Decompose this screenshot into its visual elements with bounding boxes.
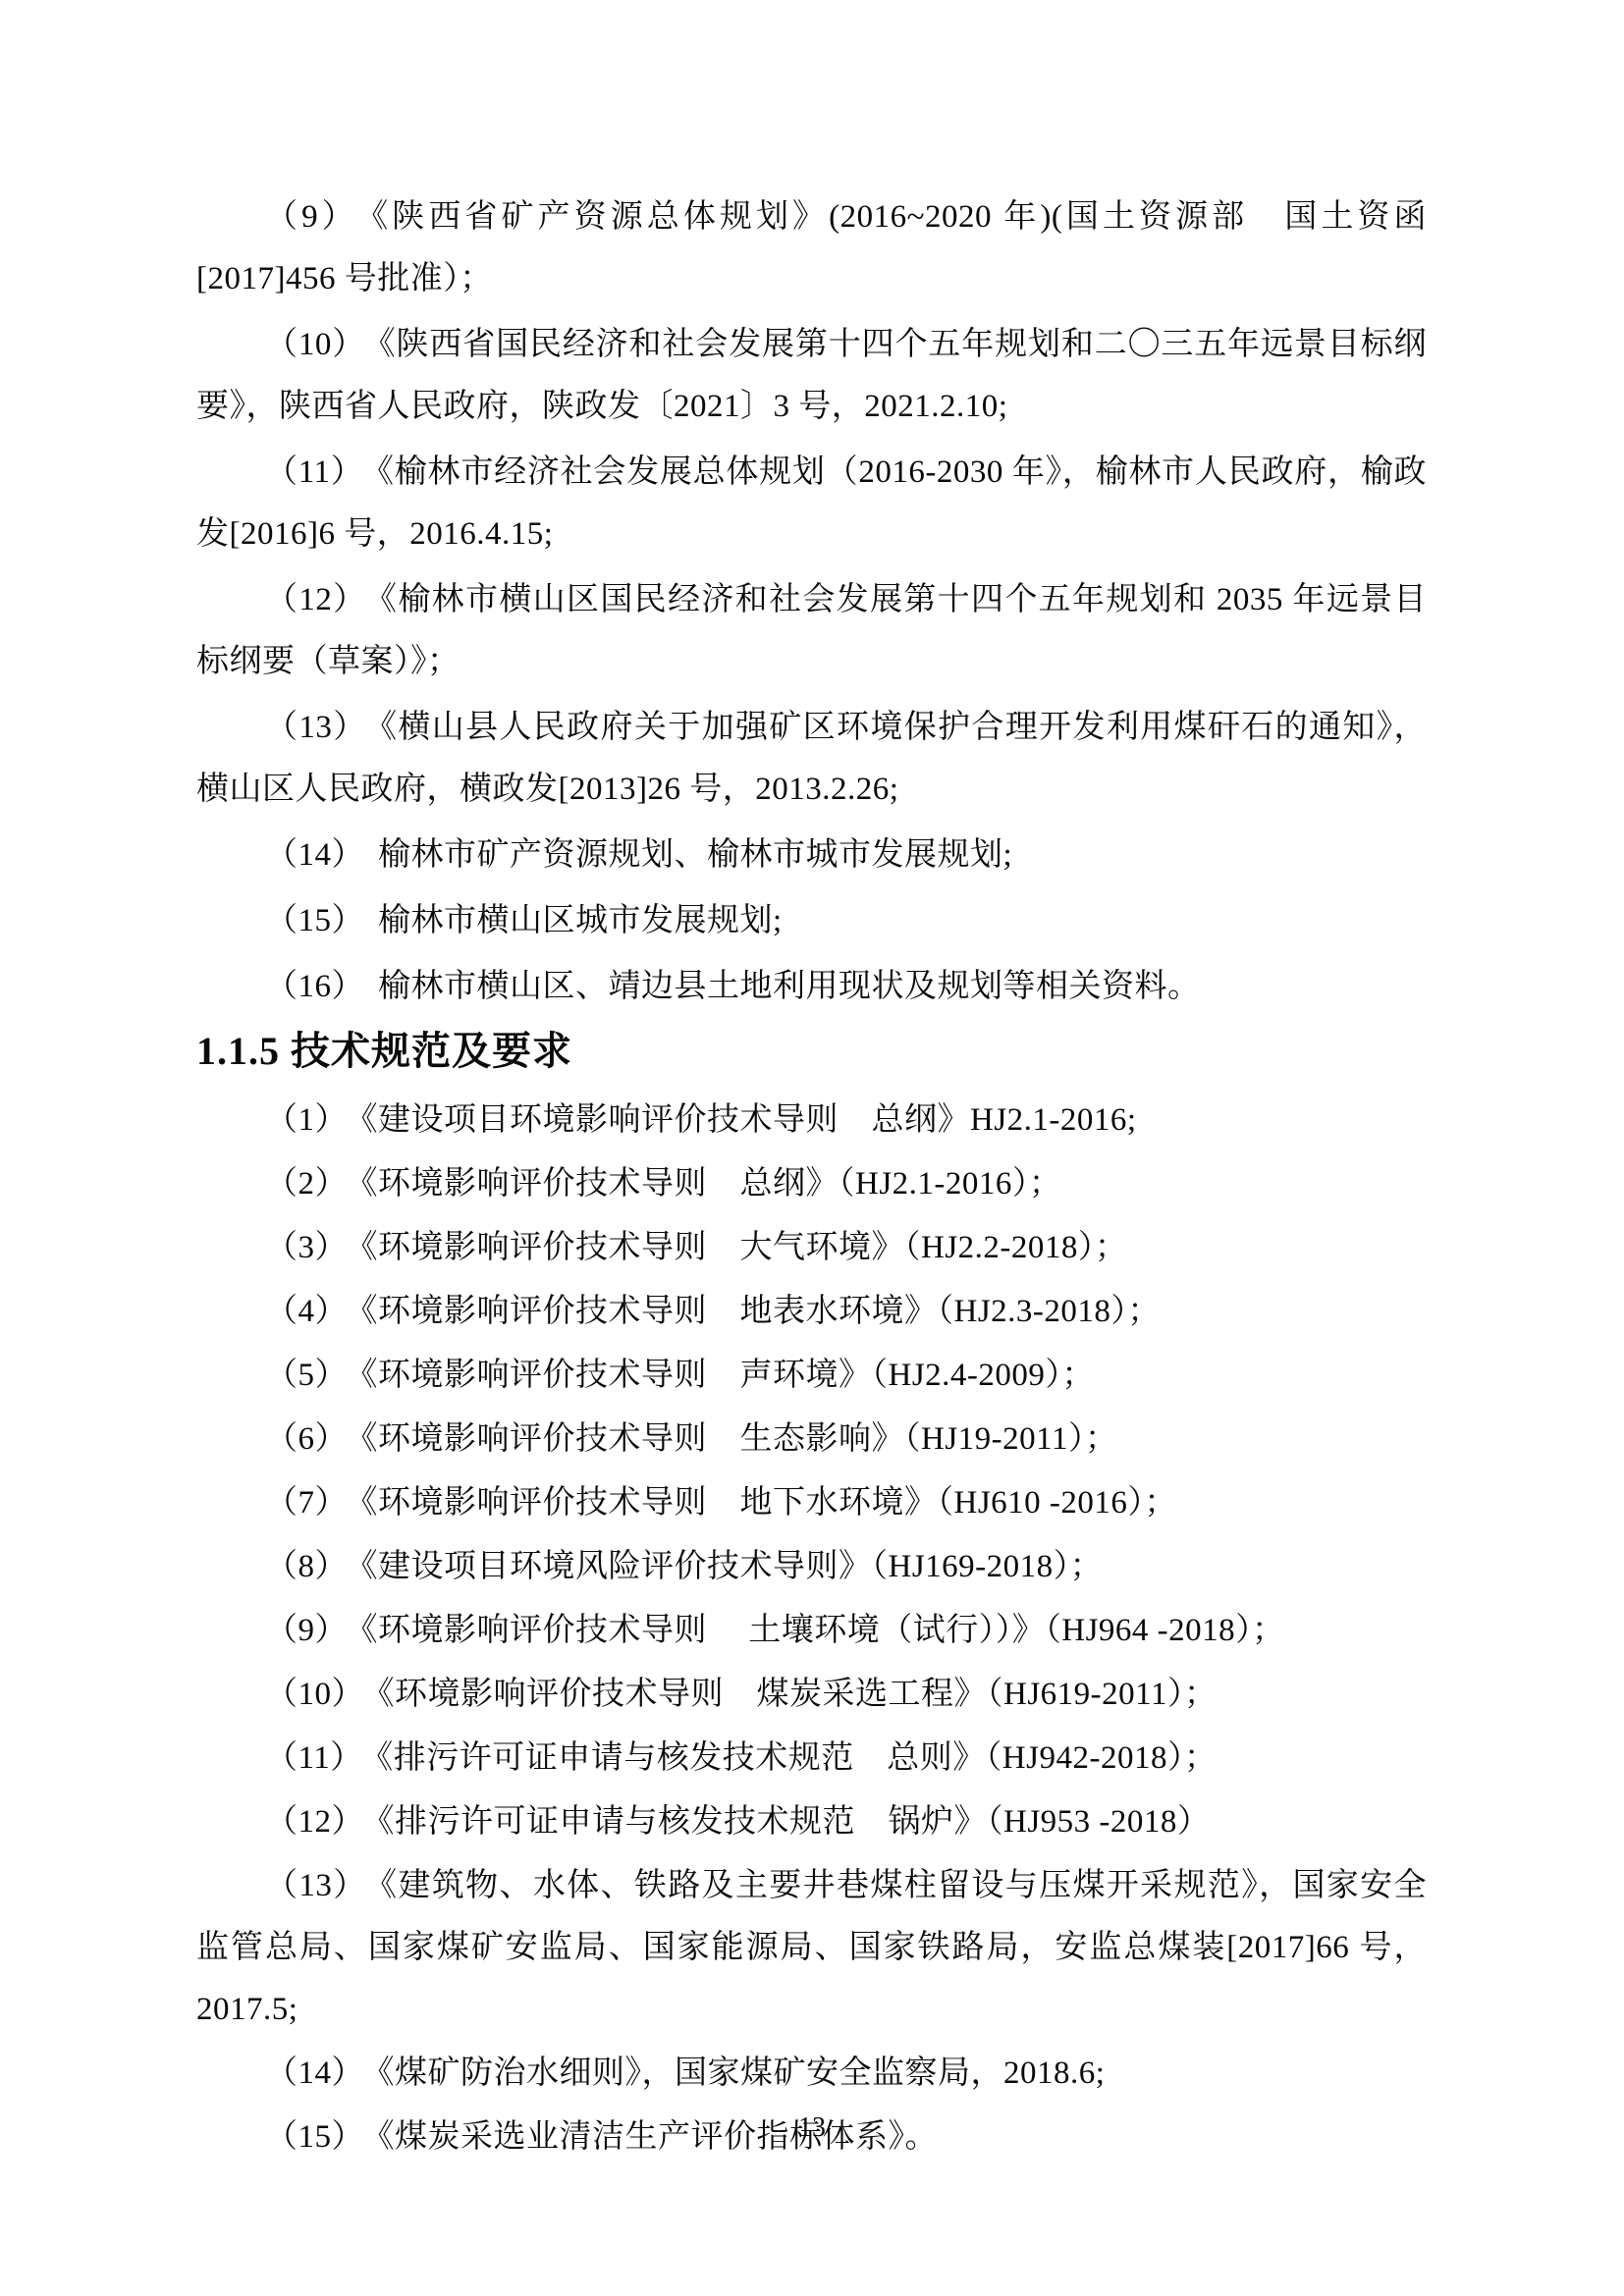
item-marker: （10） [265,327,365,362]
item-marker: （1） [265,1102,348,1138]
item-marker: （14） [265,2056,364,2091]
item-marker: （10） [265,1677,364,1712]
item-text: 《环境影响评价技术导则 地下水环境》（HJ610 -2016）； [361,1485,1177,1521]
item-text: 《环境影响评价技术导则 生态影响》（HJ19-2011）； [361,1421,1117,1457]
item-text: 榆林市矿产资源规划、榆林市城市发展规划; [378,837,1012,873]
item-text: 《陕西省国民经济和社会发展第十四个五年规划和二〇三五年远景目标纲要》，陕西省人民… [196,327,1427,424]
document-page: （9）《陕西省矿产资源总体规划》(2016~2020 年)(国土资源部 国土资函… [0,0,1624,2296]
item-text: 《排污许可证申请与核发技术规范 锅炉》（HJ953 -2018） [378,1804,1210,1840]
item-marker: （11） [265,454,364,490]
item-marker: （12） [265,1804,364,1840]
reference-item: （14）榆林市矿产资源规划、榆林市城市发展规划; [196,825,1427,886]
standard-item: （4）《环境影响评价技术导则 地表水环境》（HJ2.3-2018）； [196,1281,1427,1343]
item-marker: （5） [265,1358,348,1393]
item-marker: （7） [265,1485,348,1521]
item-text: 《环境影响评价技术导则 大气环境》（HJ2.2-2018）； [361,1230,1127,1265]
item-text: 《煤矿防治水细则》，国家煤矿安全监察局，2018.6; [378,2056,1105,2091]
standard-item: （11）《排污许可证申请与核发技术规范 总则》（HJ942-2018）； [196,1728,1427,1789]
item-text: 《榆林市经济社会发展总体规划（2016-2030 年》，榆林市人民政府，榆政发[… [196,454,1427,552]
item-text: 《建筑物、水体、铁路及主要井巷煤柱留设与压煤开采规范》，国家安全监管总局、国家煤… [196,1868,1427,2027]
page-number: 13 [0,2109,1624,2148]
item-text: 《陕西省矿产资源总体规划》(2016~2020 年)(国土资源部 国土资函[20… [196,199,1427,296]
reference-item: （13）《横山县人民政府关于加强矿区环境保护合理开发利用煤矸石的通知》，横山区人… [196,697,1427,821]
item-marker: （12） [265,582,367,617]
standard-item: （5）《环境影响评价技术导则 声环境》（HJ2.4-2009）； [196,1345,1427,1407]
item-text: 榆林市横山区、靖边县土地利用现状及规划等相关资料。 [378,969,1201,1004]
item-marker: （3） [265,1230,348,1265]
item-marker: （4） [265,1294,348,1329]
item-marker: （11） [265,1740,363,1776]
standard-item: （3）《环境影响评价技术导则 大气环境》（HJ2.2-2018）； [196,1217,1427,1279]
reference-item: （15）榆林市横山区城市发展规划; [196,890,1427,952]
item-marker: （16） [265,969,364,1004]
item-marker: （13） [265,1868,367,1903]
item-text: 《排污许可证申请与核发技术规范 总则》（HJ942-2018）； [377,1740,1218,1776]
standard-item: （7）《环境影响评价技术导则 地下水环境》（HJ610 -2016）； [196,1472,1427,1534]
section-heading: 1.1.5 技术规范及要求 [196,1022,1427,1081]
item-text: 《环境影响评价技术导则 声环境》（HJ2.4-2009）； [361,1358,1095,1393]
item-text: 《环境影响评价技术导则 土壤环境（试行））》（HJ964 -2018）； [361,1613,1285,1648]
item-text: 《建设项目环境风险评价技术导则》（HJ169-2018）； [361,1549,1103,1584]
page-content: （9）《陕西省矿产资源总体规划》(2016~2020 年)(国土资源部 国土资函… [196,187,1427,2170]
reference-item: （12）《榆林市横山区国民经济和社会发展第十四个五年规划和 2035 年远景目标… [196,569,1427,693]
item-text: 《环境影响评价技术导则 煤炭采选工程》（HJ619-2011）； [378,1677,1217,1712]
standard-item: （14）《煤矿防治水细则》，国家煤矿安全监察局，2018.6; [196,2043,1427,2105]
item-marker: （15） [265,903,364,938]
item-marker: （9） [265,1613,348,1648]
item-text: 《榆林市横山区国民经济和社会发展第十四个五年规划和 2035 年远景目标纲要（草… [196,582,1427,679]
standard-item: （9）《环境影响评价技术导则 土壤环境（试行））》（HJ964 -2018）； [196,1600,1427,1662]
standard-item: （12）《排污许可证申请与核发技术规范 锅炉》（HJ953 -2018） [196,1791,1427,1853]
item-text: 《横山县人民政府关于加强矿区环境保护合理开发利用煤矸石的通知》，横山区人民政府，… [196,710,1427,807]
standard-item: （13）《建筑物、水体、铁路及主要井巷煤柱留设与压煤开采规范》，国家安全监管总局… [196,1855,1427,2041]
item-text: 榆林市横山区城市发展规划; [378,903,783,938]
item-marker: （2） [265,1166,348,1201]
reference-item: （16）榆林市横山区、靖边县土地利用现状及规划等相关资料。 [196,956,1427,1018]
item-text: 《环境影响评价技术导则 地表水环境》（HJ2.3-2018）； [361,1294,1161,1329]
reference-item: （10）《陕西省国民经济和社会发展第十四个五年规划和二〇三五年远景目标纲要》，陕… [196,314,1427,438]
item-marker: （9） [265,199,358,235]
reference-item: （9）《陕西省矿产资源总体规划》(2016~2020 年)(国土资源部 国土资函… [196,187,1427,310]
standard-item: （6）《环境影响评价技术导则 生态影响》（HJ19-2011）； [196,1409,1427,1470]
standard-item: （1）《建设项目环境影响评价技术导则 总纲》HJ2.1-2016; [196,1090,1427,1151]
reference-item: （11）《榆林市经济社会发展总体规划（2016-2030 年》，榆林市人民政府，… [196,442,1427,565]
item-marker: （6） [265,1421,348,1457]
standard-item: （2）《环境影响评价技术导则 总纲》（HJ2.1-2016）； [196,1153,1427,1215]
item-marker: （13） [265,710,367,745]
item-marker: （8） [265,1549,348,1584]
standard-item: （10）《环境影响评价技术导则 煤炭采选工程》（HJ619-2011）； [196,1664,1427,1726]
item-marker: （14） [265,837,364,873]
item-text: 《环境影响评价技术导则 总纲》（HJ2.1-2016）； [361,1166,1061,1201]
item-text: 《建设项目环境影响评价技术导则 总纲》HJ2.1-2016; [361,1102,1137,1138]
standard-item: （8）《建设项目环境风险评价技术导则》（HJ169-2018）； [196,1536,1427,1598]
